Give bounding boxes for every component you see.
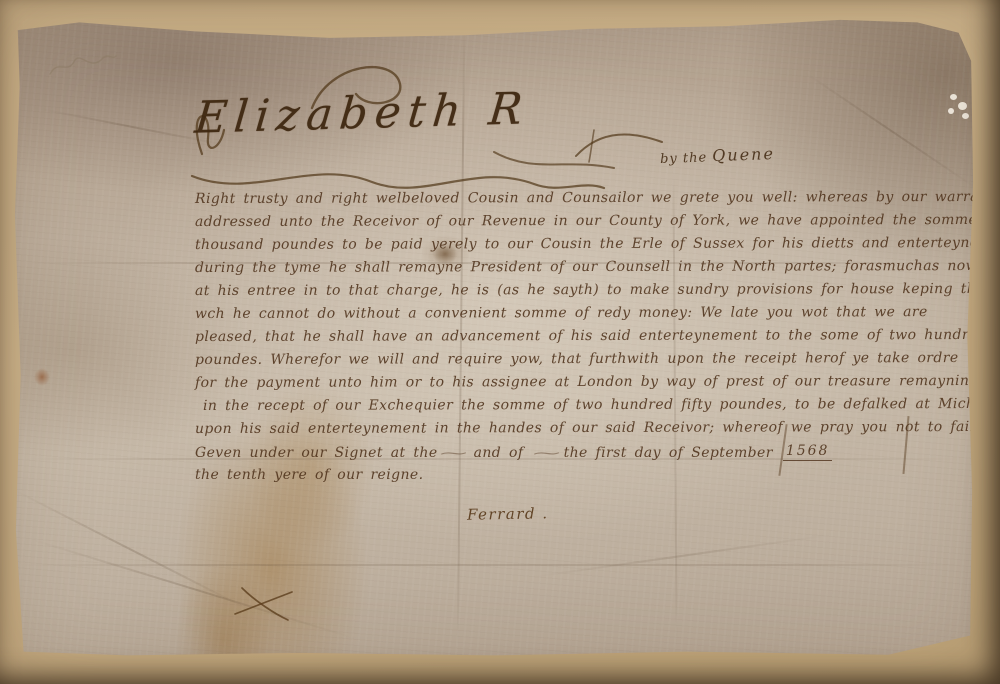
manuscript-line: Right trusty and right welbeloved Cousin… [195, 189, 985, 207]
manuscript-line: in the recept of our Exchequier the somm… [203, 396, 993, 414]
manuscript-line: poundes. Wherefor we will and require yo… [195, 350, 985, 368]
manuscript-line: thousand poundes to be paid yerely to ou… [195, 235, 985, 253]
manuscript-line: pleased, that he shall have an advanceme… [195, 327, 985, 345]
dateline-mid: and of [474, 445, 524, 461]
manuscript-line: addressed unto the Receivor of our Reven… [195, 212, 985, 230]
manuscript-line: at his entree in to that charge, he is (… [195, 281, 985, 299]
manuscript-line: for the payment unto him or to his assig… [195, 373, 985, 391]
ink-cross-mark [230, 584, 300, 626]
fold-crease-horizontal [17, 564, 967, 566]
crease-diagonal [30, 538, 356, 639]
byline: by the Quene [660, 144, 775, 167]
royal-signature: Elizabeth R [193, 83, 532, 143]
crease-diagonal [803, 71, 978, 190]
dateline-flourish: ~ [437, 446, 471, 462]
byline-prefix: by the [660, 150, 708, 167]
countersignature: Ferrard . [467, 504, 549, 523]
crease-diagonal [532, 534, 829, 578]
manuscript-line: during the tyme he shall remayne Preside… [195, 258, 985, 276]
byline-quene: Quene [712, 144, 775, 165]
paper-flake-damage [950, 94, 957, 100]
paper-flake-damage [948, 108, 954, 114]
rust-spot [34, 368, 50, 386]
regnal-year-line: the tenth yere of our reigne. [195, 467, 423, 483]
dateline-prefix: Geven under our Signet at the [195, 445, 438, 461]
dateline-year: 1568 [783, 443, 833, 461]
paper-flake-damage [958, 102, 967, 110]
manuscript-line: wch he cannot do without a convenient so… [195, 304, 985, 322]
framed-document-photo: Elizabeth R by the Quene Right trusty an… [0, 0, 1000, 684]
byline-flourish [572, 124, 667, 169]
parchment: Elizabeth R by the Quene Right trusty an… [12, 16, 975, 658]
manuscript-line: upon his said enterteynement in the hand… [195, 419, 985, 437]
crease-diagonal [12, 488, 253, 612]
dateline-flourish: ~ [531, 446, 565, 462]
dateline: Geven under our Signet at the ~ and of ~… [195, 443, 832, 461]
dateline-suffix: the first day of [564, 445, 684, 461]
dateline-month: September [691, 445, 773, 461]
paper-flake-damage [962, 113, 969, 119]
pencil-inscription [47, 50, 119, 82]
